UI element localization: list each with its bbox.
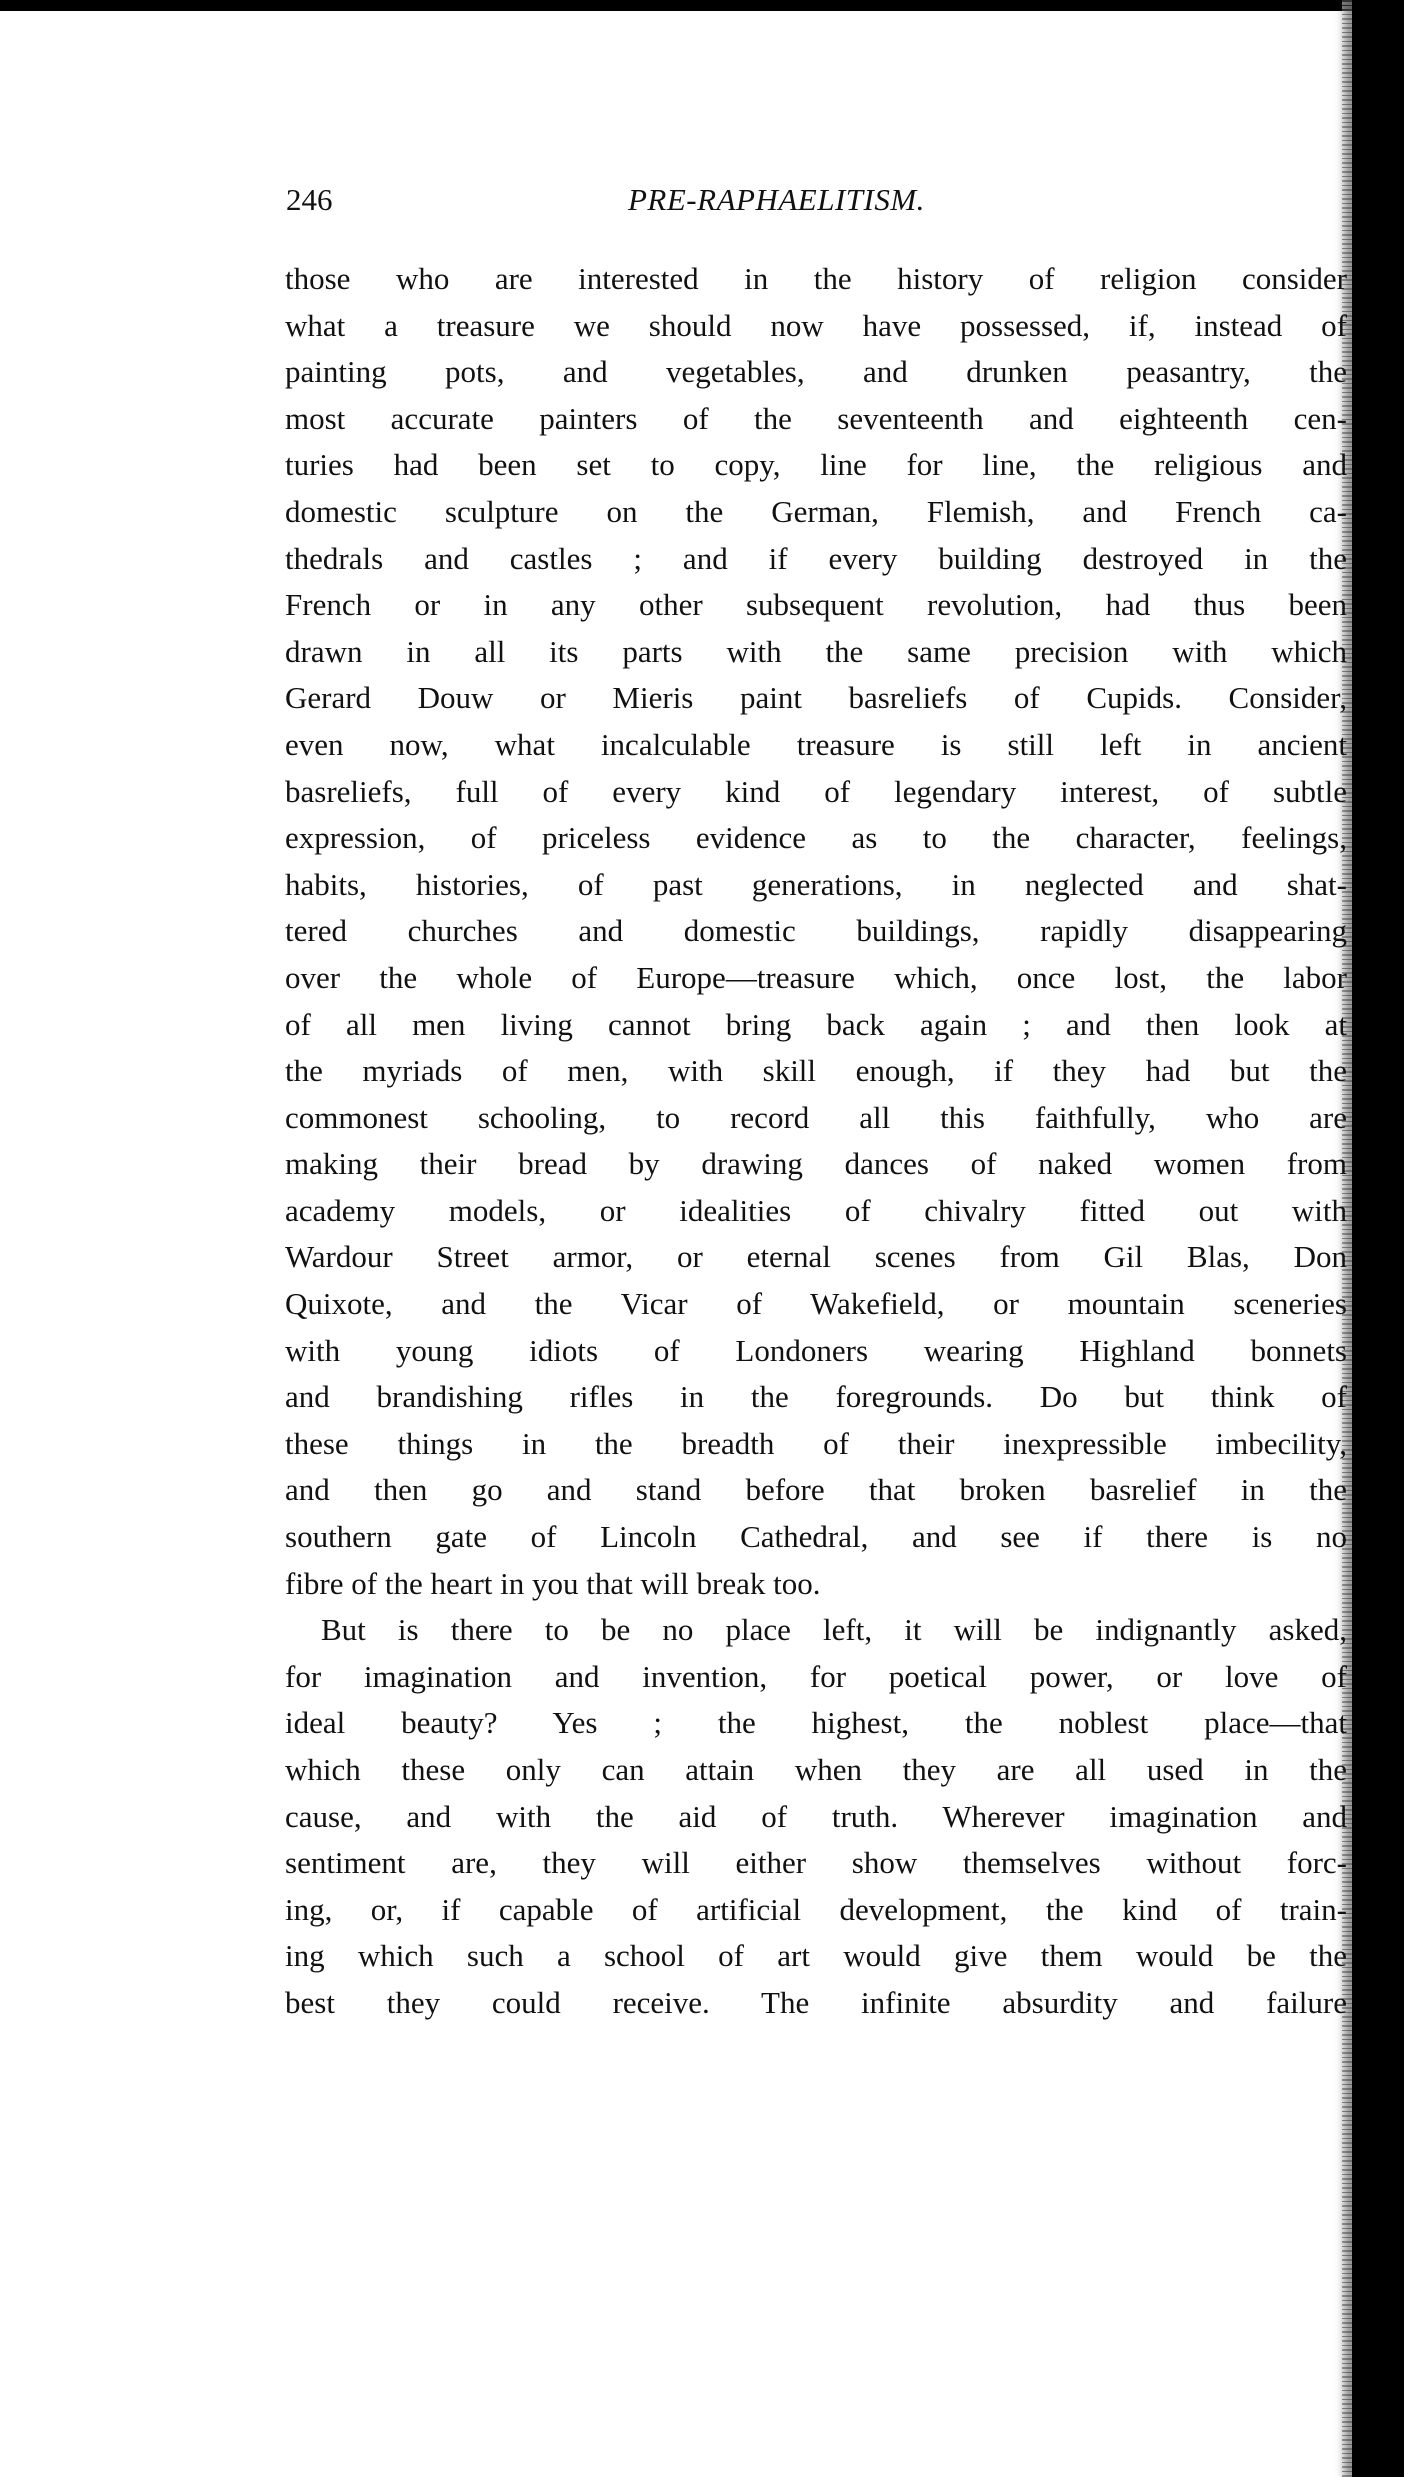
text-line: fibre of the heart in you that will brea… — [285, 1561, 1347, 1608]
text-line: what a treasure we should now have posse… — [285, 303, 1347, 350]
running-title: PRE-RAPHAELITISM. — [628, 178, 925, 222]
text-line: which these only can attain when they ar… — [285, 1747, 1347, 1794]
scan-top-border — [0, 0, 1404, 11]
text-line: with young idiots of Londoners wearing H… — [285, 1328, 1347, 1375]
text-line: expression, of priceless evidence as to … — [285, 815, 1347, 862]
text-line: academy models, or idealities of chivalr… — [285, 1188, 1347, 1235]
paragraph-2: But is there to be no place left, it wil… — [285, 1607, 1347, 2026]
text-line: commonest schooling, to record all this … — [285, 1095, 1347, 1142]
paragraph-1: those who are interested in the history … — [285, 256, 1347, 1607]
body-text: those who are interested in the history … — [285, 256, 1347, 2027]
text-line: making their bread by drawing dances of … — [285, 1141, 1347, 1188]
text-line: French or in any other subsequent revolu… — [285, 582, 1347, 629]
text-line: habits, histories, of past generations, … — [285, 862, 1347, 909]
text-line: domestic sculpture on the German, Flemis… — [285, 489, 1347, 536]
scan-right-border — [1352, 0, 1404, 2477]
text-line: and brandishing rifles in the foreground… — [285, 1374, 1347, 1421]
text-line: best they could receive. The infinite ab… — [285, 1980, 1347, 2027]
text-line: But is there to be no place left, it wil… — [285, 1607, 1347, 1654]
text-line: the myriads of men, with skill enough, i… — [285, 1048, 1347, 1095]
text-line: painting pots, and vegetables, and drunk… — [285, 349, 1347, 396]
text-line: sentiment are, they will either show the… — [285, 1840, 1347, 1887]
text-line: ing, or, if capable of artificial develo… — [285, 1887, 1347, 1934]
text-line: ideal beauty? Yes ; the highest, the nob… — [285, 1700, 1347, 1747]
text-line: even now, what incalculable treasure is … — [285, 722, 1347, 769]
text-line: those who are interested in the history … — [285, 256, 1347, 303]
text-line: of all men living cannot bring back agai… — [285, 1002, 1347, 1049]
text-line: thedrals and castles ; and if every buil… — [285, 536, 1347, 583]
text-line: southern gate of Lincoln Cathedral, and … — [285, 1514, 1347, 1561]
text-line: drawn in all its parts with the same pre… — [285, 629, 1347, 676]
text-line: Quixote, and the Vicar of Wakefield, or … — [285, 1281, 1347, 1328]
text-line: basreliefs, full of every kind of legend… — [285, 769, 1347, 816]
text-line: ing which such a school of art would giv… — [285, 1933, 1347, 1980]
text-line: for imagination and invention, for poeti… — [285, 1654, 1347, 1701]
text-line: Gerard Douw or Mieris paint basreliefs o… — [285, 675, 1347, 722]
text-line: over the whole of Europe—treasure which,… — [285, 955, 1347, 1002]
text-line: and then go and stand before that broken… — [285, 1467, 1347, 1514]
text-line: tered churches and domestic buildings, r… — [285, 908, 1347, 955]
text-line: turies had been set to copy, line for li… — [285, 442, 1347, 489]
page-header: 246 PRE-RAPHAELITISM. — [0, 178, 1404, 222]
text-line: most accurate painters of the seventeent… — [285, 396, 1347, 443]
text-line: Wardour Street armor, or eternal scenes … — [285, 1234, 1347, 1281]
text-line: cause, and with the aid of truth. Wherev… — [285, 1794, 1347, 1841]
page-number: 246 — [286, 178, 333, 222]
text-line: these things in the breadth of their ine… — [285, 1421, 1347, 1468]
